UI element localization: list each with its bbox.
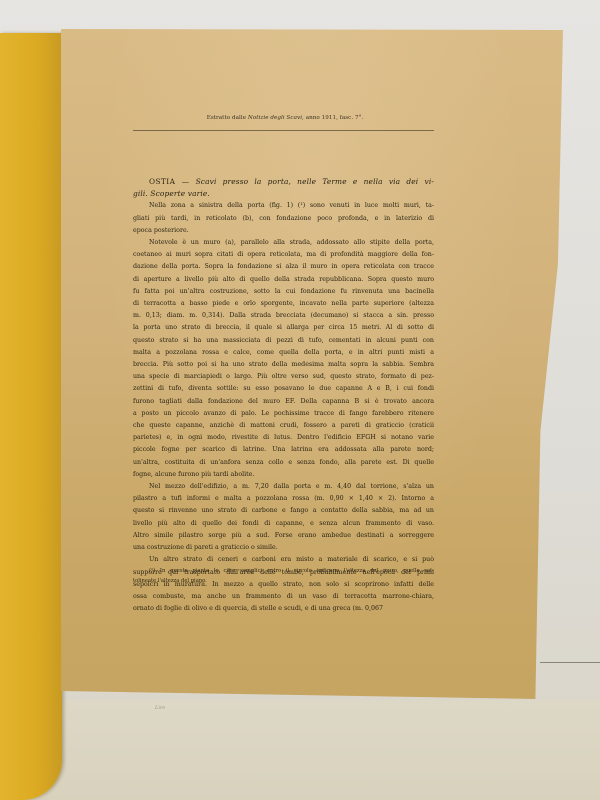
running-head-suffix: , anno 1911, fasc. 7°.: [302, 115, 363, 121]
wall-edge: [540, 662, 600, 663]
text-line: ossa combuste, ma anche un frammento di …: [133, 591, 434, 603]
paragraph: Nella zona a sinistra della porta (fig. …: [133, 200, 434, 237]
paragraph: Nel mezzo dell'edifizio, a m. 7,20 dalla…: [133, 481, 434, 554]
text-line: piccole fogne per scarico di latrine. Un…: [133, 444, 434, 456]
text-line: breccia. Più sotto poi si ha uno strato …: [133, 359, 434, 371]
text-line: questo si rinvenne uno strato di carbone…: [133, 505, 434, 517]
yellow-cover: [0, 33, 62, 800]
article-title: OSTIA — Scavi presso la porta, nelle Ter…: [133, 176, 434, 188]
text-line: Nel mezzo dell'edifizio, a m. 7,20 dalla…: [133, 481, 434, 493]
footnote: (¹) In questa pianta le cifre semplici e…: [133, 566, 434, 586]
text-line: dazione della porta. Sopra la fondazione…: [133, 261, 434, 273]
running-head: Estratto dalle Notizie degli Scavi, anno…: [130, 115, 440, 121]
title-place: OSTIA —: [149, 177, 190, 186]
running-head-journal: Notizie degli Scavi: [248, 115, 302, 121]
text-line: una specie di marciapiedi o largo. Più o…: [133, 371, 434, 383]
text-line: Notevole è un muro (a), parallelo alla s…: [133, 237, 434, 249]
text-line: m. 0,13; diam. m. 0,314). Dalla strada b…: [133, 310, 434, 322]
text-line: a posto un piccolo avanzo di palo. Le po…: [133, 408, 434, 420]
text-line: furono tagliati dalla fondazione del mur…: [133, 396, 434, 408]
paragraph: Notevole è un muro (a), parallelo alla s…: [133, 237, 434, 481]
text-line: Nella zona a sinistra della porta (fig. …: [133, 200, 434, 212]
text-line: coetaneo ai muri sopra citati di opera r…: [133, 249, 434, 261]
running-head-prefix: Estratto dalle: [207, 115, 246, 121]
header-rule: [133, 130, 434, 131]
text-line: un'altra, costituita di un'anfora senza …: [133, 457, 434, 469]
footnote-line: tolineate l'altezza del piano.: [133, 576, 434, 586]
text-line: Un altro strato di ceneri e carboni era …: [133, 554, 434, 566]
text-line: fu fatta poi un'altra costruzione, sotto…: [133, 286, 434, 298]
title-subtitle-1: Scavi presso la porta, nelle Terme e nel…: [196, 177, 434, 186]
text-line: di aperture a livello più alto di quello…: [133, 274, 434, 286]
pencil-mark: Lire: [155, 705, 165, 711]
text-line: pilastro a tufi informi e malta a pozzol…: [133, 493, 434, 505]
footnote-line: (¹) In questa pianta le cifre semplici e…: [133, 566, 434, 576]
text-line: Altro simile pilastro sorge più a sud. F…: [133, 530, 434, 542]
text-line: gliati più tardi, in reticolato (b), con…: [133, 213, 434, 225]
text-line: epoca posteriore.: [133, 225, 434, 237]
text-line: la porta uno strato di breccia, il quale…: [133, 322, 434, 334]
table-surface: [0, 700, 600, 800]
text-line: zettini di tufo, diventa sottile: su ess…: [133, 383, 434, 395]
paragraphs: Nella zona a sinistra della porta (fig. …: [133, 200, 434, 615]
text-line: fogne, alcune furono più tardi abolite.: [133, 469, 434, 481]
text-line: ornato di foglie di olivo e di quercia, …: [133, 603, 434, 615]
text-line: livello più alto di quello dei fondi di …: [133, 518, 434, 530]
text-line: che queste capanne, anzichè di mattoni c…: [133, 420, 434, 432]
text-line: una costruzione di pareti a graticcio o …: [133, 542, 434, 554]
text-line: parietes) e, in ogni modo, rivestite di …: [133, 432, 434, 444]
text-line: di terracotta a basso piede e orlo sporg…: [133, 298, 434, 310]
article-body: OSTIA — Scavi presso la porta, nelle Ter…: [133, 176, 434, 615]
title-subtitle-2: gili. Scoperte varie.: [133, 189, 210, 198]
text-line: questo strato si ha una massicciata di p…: [133, 335, 434, 347]
text-line: malta a pozzolana rossa e calce, come qu…: [133, 347, 434, 359]
article-title-cont: gili. Scoperte varie.: [133, 188, 434, 200]
